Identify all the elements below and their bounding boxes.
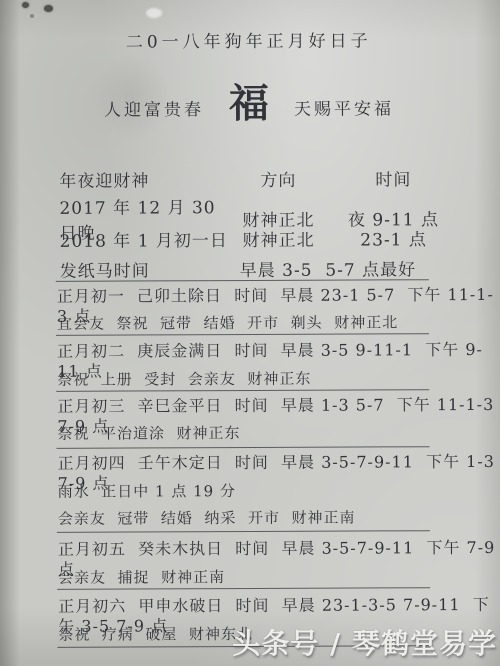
col-header-event: 年夜迎财神 [59, 166, 239, 192]
page-title: 二0一八年狗年正月好日子 [0, 26, 499, 53]
divider-line [56, 389, 429, 392]
col-header-time: 时间 [317, 165, 469, 191]
paper-horse-time: 早晨 3-5 5-7 点最好 [240, 255, 416, 281]
divider-line [57, 587, 430, 590]
wealth-direction: 财神正北 [240, 225, 318, 250]
day4-solar-term: 雨水 正日中 1 点 19 分 [58, 481, 236, 502]
blessing-row: 人迎富贵春 福 天赐平安福 [0, 83, 499, 125]
page-content: 二0一八年狗年正月好日子 人迎富贵春 福 天赐平安福 年夜迎财神 方向 时间 2… [0, 0, 500, 666]
divider-line [56, 333, 429, 336]
event-date: 2018 年 1 月初一日 [60, 226, 240, 252]
table-row: 2017 年 12 月 30 日晚 财神正北 夜 9-11 点 [59, 192, 469, 224]
divider-line [56, 446, 429, 449]
paper-horse-label: 发纸马时间 [60, 256, 240, 282]
toutiao-watermark: 头条号 / 琴鹤堂易学 [232, 622, 497, 662]
day2-activities: 祭祝 上册 受封 会亲友 财神正东 [57, 369, 311, 390]
table-header-row: 年夜迎财神 方向 时间 [59, 162, 469, 194]
blessing-left: 人迎富贵春 [104, 95, 204, 124]
col-header-direction: 方向 [239, 165, 317, 190]
day6-activities: 祭祝 疗病 破屋 财神东北 [58, 624, 253, 645]
day5-activities: 会亲友 捕捉 财神正南 [58, 567, 225, 588]
blessing-right: 天赐平安福 [294, 94, 394, 123]
photographed-almanac-page: 二0一八年狗年正月好日子 人迎富贵春 福 天赐平安福 年夜迎财神 方向 时间 2… [0, 0, 500, 666]
event-time: 23-1 点 [318, 225, 470, 251]
divider-line [57, 530, 430, 533]
day4-activities: 会亲友 冠带 结婚 纳采 开市 财神正南 [58, 508, 356, 529]
wealth-god-table: 年夜迎财神 方向 时间 2017 年 12 月 30 日晚 财神正北 夜 9-1… [59, 162, 470, 284]
day1-activities: 宜会友 祭祝 冠带 结婚 开市 剃头 财神正北 [57, 312, 398, 333]
day3-activities: 祭祝 平治道涂 财神正东 [57, 423, 240, 444]
table-row: 2018 年 1 月初一日 财神正北 23-1 点 [60, 222, 470, 254]
fu-character: 福 [229, 84, 269, 124]
